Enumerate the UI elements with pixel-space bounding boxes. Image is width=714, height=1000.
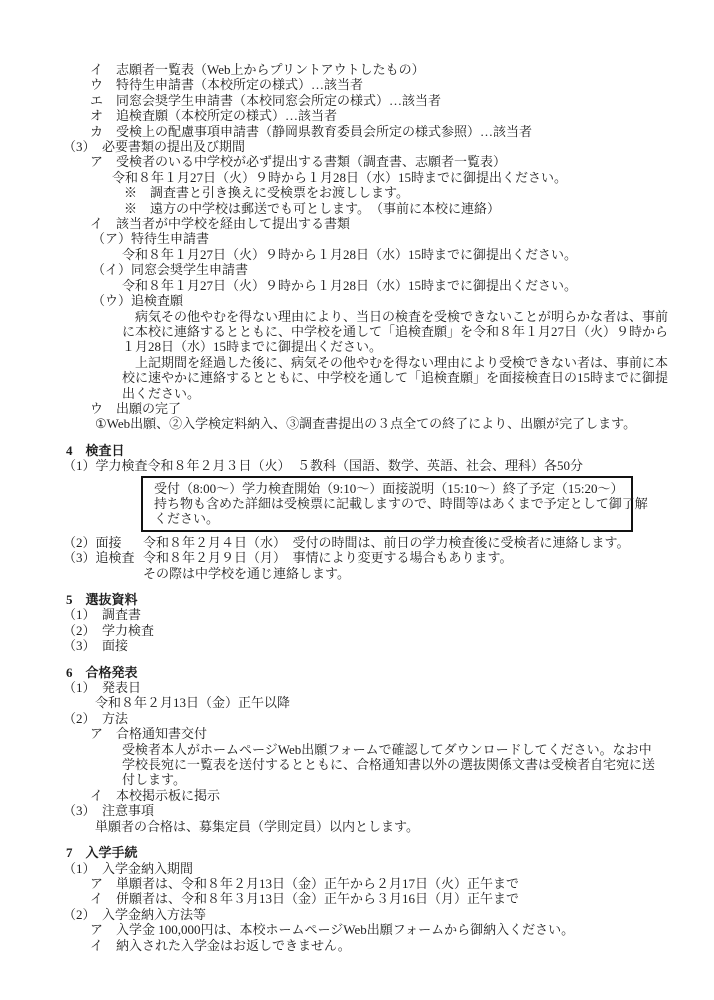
exam-day-schedule-box: 受付（8:00～）学力検査開始（9:10～）面接説明（15:10～）終了予定（1… bbox=[141, 476, 633, 532]
doc-line: （3） 注意事項 bbox=[63, 803, 714, 818]
doc-line: 付します。 bbox=[122, 772, 714, 787]
doc-line: 学校長宛に一覧表を送付するとともに、合格通知書以外の選抜関係文書は受検者自宅宛に… bbox=[122, 757, 714, 772]
document-page: イ 志願者一覧表（Web上からプリントアウトしたもの）ウ 特待生申請書（本校所定… bbox=[0, 0, 714, 1000]
doc-line: 出ください。 bbox=[122, 386, 714, 401]
doc-line: ※ 遠方の中学校は郵送でも可とします。 （事前に本校に連絡） bbox=[124, 201, 714, 216]
doc-line: １月28日（水）15時までに御提出ください。 bbox=[122, 339, 714, 354]
doc-line: （1） 調査書 bbox=[63, 607, 714, 622]
section-heading: 7 入学手続 bbox=[66, 845, 714, 860]
doc-line: 上記期間を経過した後に、病気その他やむを得ない理由により受検できない者は、事前に… bbox=[135, 355, 714, 370]
section-gap bbox=[0, 432, 714, 443]
doc-line: （3） 面接 bbox=[63, 638, 714, 653]
section-gap bbox=[0, 834, 714, 845]
doc-line: 令和８年１月27日（火）９時から１月28日（水）15時までに御提出ください。 bbox=[122, 247, 714, 262]
doc-line: （ウ）追検査願 bbox=[92, 293, 714, 308]
doc-line: （1） 入学金納入期間 bbox=[63, 861, 714, 876]
doc-line: カ 受検上の配慮事項申請書（静岡県教育委員会所定の様式参照）…該当者 bbox=[90, 124, 714, 139]
doc-line: ウ 特待生申請書（本校所定の様式）…該当者 bbox=[90, 77, 714, 92]
document-body: イ 志願者一覧表（Web上からプリントアウトしたもの）ウ 特待生申請書（本校所定… bbox=[0, 62, 714, 953]
doc-line: 校に速やかに連絡するとともに、中学校を通して「追検査願」を面接検査日の15時まで… bbox=[122, 370, 714, 385]
doc-line-text: 令和８年２月３日（火） ５教科（国語、数学、英語、社会、理科）各50分 bbox=[148, 458, 584, 473]
doc-line: オ 追検査願（本校所定の様式）…該当者 bbox=[90, 108, 714, 123]
doc-line: エ 同窓会奨学生申請書（本校同窓会所定の様式）…該当者 bbox=[90, 93, 714, 108]
section-gap bbox=[0, 654, 714, 665]
doc-line: 令和８年１月27日（火）９時から１月28日（水）15時までに御提出ください。 bbox=[122, 278, 714, 293]
doc-line: イ 併願者は、令和８年３月13日（金）正午から３月16日（月）正午まで bbox=[90, 891, 714, 906]
doc-line-text: 令和８年２月９日（月） 事情により変更する場合もあります。 bbox=[143, 550, 512, 565]
doc-line: （イ）同窓会奨学生申請書 bbox=[92, 262, 714, 277]
doc-line-label: （3）追検査 bbox=[63, 550, 143, 565]
doc-line: ①Web出願、②入学検定料納入、③調査書提出の３点全ての終了により、出願が完了し… bbox=[95, 416, 714, 431]
doc-line: ※ 調査書と引き換えに受検票をお渡しします。 bbox=[124, 185, 714, 200]
doc-line-text: 令和８年２月４日（水） 受付の時間は、前日の学力検査後に受検者に連絡します。 bbox=[143, 535, 629, 550]
doc-line: ア 入学金 100,000円は、本校ホームページWeb出願フォームから御納入くだ… bbox=[90, 922, 714, 937]
doc-line: （ア）特待生申請書 bbox=[92, 231, 714, 246]
doc-line: （2） 方法 bbox=[63, 711, 714, 726]
doc-line: イ 該当者が中学校を経由して提出する書類 bbox=[90, 216, 714, 231]
doc-line: 受検者本人がホームページWeb出願フォームで確認してダウンロードしてください。な… bbox=[122, 742, 714, 757]
doc-line-label: （2）面接 bbox=[63, 535, 143, 550]
section-heading: 5 選抜資料 bbox=[66, 592, 714, 607]
doc-line: （2）面接令和８年２月４日（水） 受付の時間は、前日の学力検査後に受検者に連絡し… bbox=[63, 535, 714, 550]
doc-line: 令和８年２月13日（金）正午以降 bbox=[95, 695, 714, 710]
section-heading: 6 合格発表 bbox=[66, 665, 714, 680]
doc-line: （2） 入学金納入方法等 bbox=[63, 907, 714, 922]
doc-line: 単願者の合格は、募集定員（学則定員）以内とします。 bbox=[95, 819, 714, 834]
doc-line: 病気その他やむを得ない理由により、当日の検査を受検できないことが明らかな者は、事… bbox=[135, 309, 714, 324]
doc-line: イ 本校掲示板に掲示 bbox=[90, 788, 714, 803]
doc-line: に本校に連絡するとともに、中学校を通して「追検査願」を令和８年１月27日（火）９… bbox=[122, 324, 714, 339]
doc-line: ウ 出願の完了 bbox=[90, 401, 714, 416]
section-gap bbox=[0, 581, 714, 592]
doc-line: 受付（8:00～）学力検査開始（9:10～）面接説明（15:10～）終了予定（1… bbox=[154, 481, 620, 496]
doc-line: （3） 必要書類の提出及び期間 bbox=[63, 139, 714, 154]
doc-line: ア 受検者のいる中学校が必ず提出する書類（調査書、志願者一覧表） bbox=[90, 154, 714, 169]
doc-line: （2） 学力検査 bbox=[63, 623, 714, 638]
doc-line: ください。 bbox=[154, 511, 620, 526]
doc-line: その際は中学校を通じ連絡します。 bbox=[143, 566, 714, 581]
doc-line: （3）追検査令和８年２月９日（月） 事情により変更する場合もあります。 bbox=[63, 550, 714, 565]
doc-line: （1）学力検査令和８年２月３日（火） ５教科（国語、数学、英語、社会、理科）各5… bbox=[63, 458, 714, 473]
doc-line: イ 納入された入学金はお返しできません。 bbox=[90, 938, 714, 953]
doc-line: 令和８年１月27日（火）９時から１月28日（水）15時までに御提出ください。 bbox=[112, 170, 714, 185]
doc-line: ア 合格通知書交付 bbox=[90, 726, 714, 741]
doc-line: ア 単願者は、令和８年２月13日（金）正午から２月17日（火）正午まで bbox=[90, 876, 714, 891]
doc-line: （1） 発表日 bbox=[63, 680, 714, 695]
section-heading: 4 検査日 bbox=[66, 443, 714, 458]
doc-line: 持ち物も含めた詳細は受検票に記載しますので、時間等はあくまで予定として御了解 bbox=[154, 496, 620, 511]
doc-line-label: （1）学力検査 bbox=[63, 458, 148, 473]
doc-line: イ 志願者一覧表（Web上からプリントアウトしたもの） bbox=[90, 62, 714, 77]
